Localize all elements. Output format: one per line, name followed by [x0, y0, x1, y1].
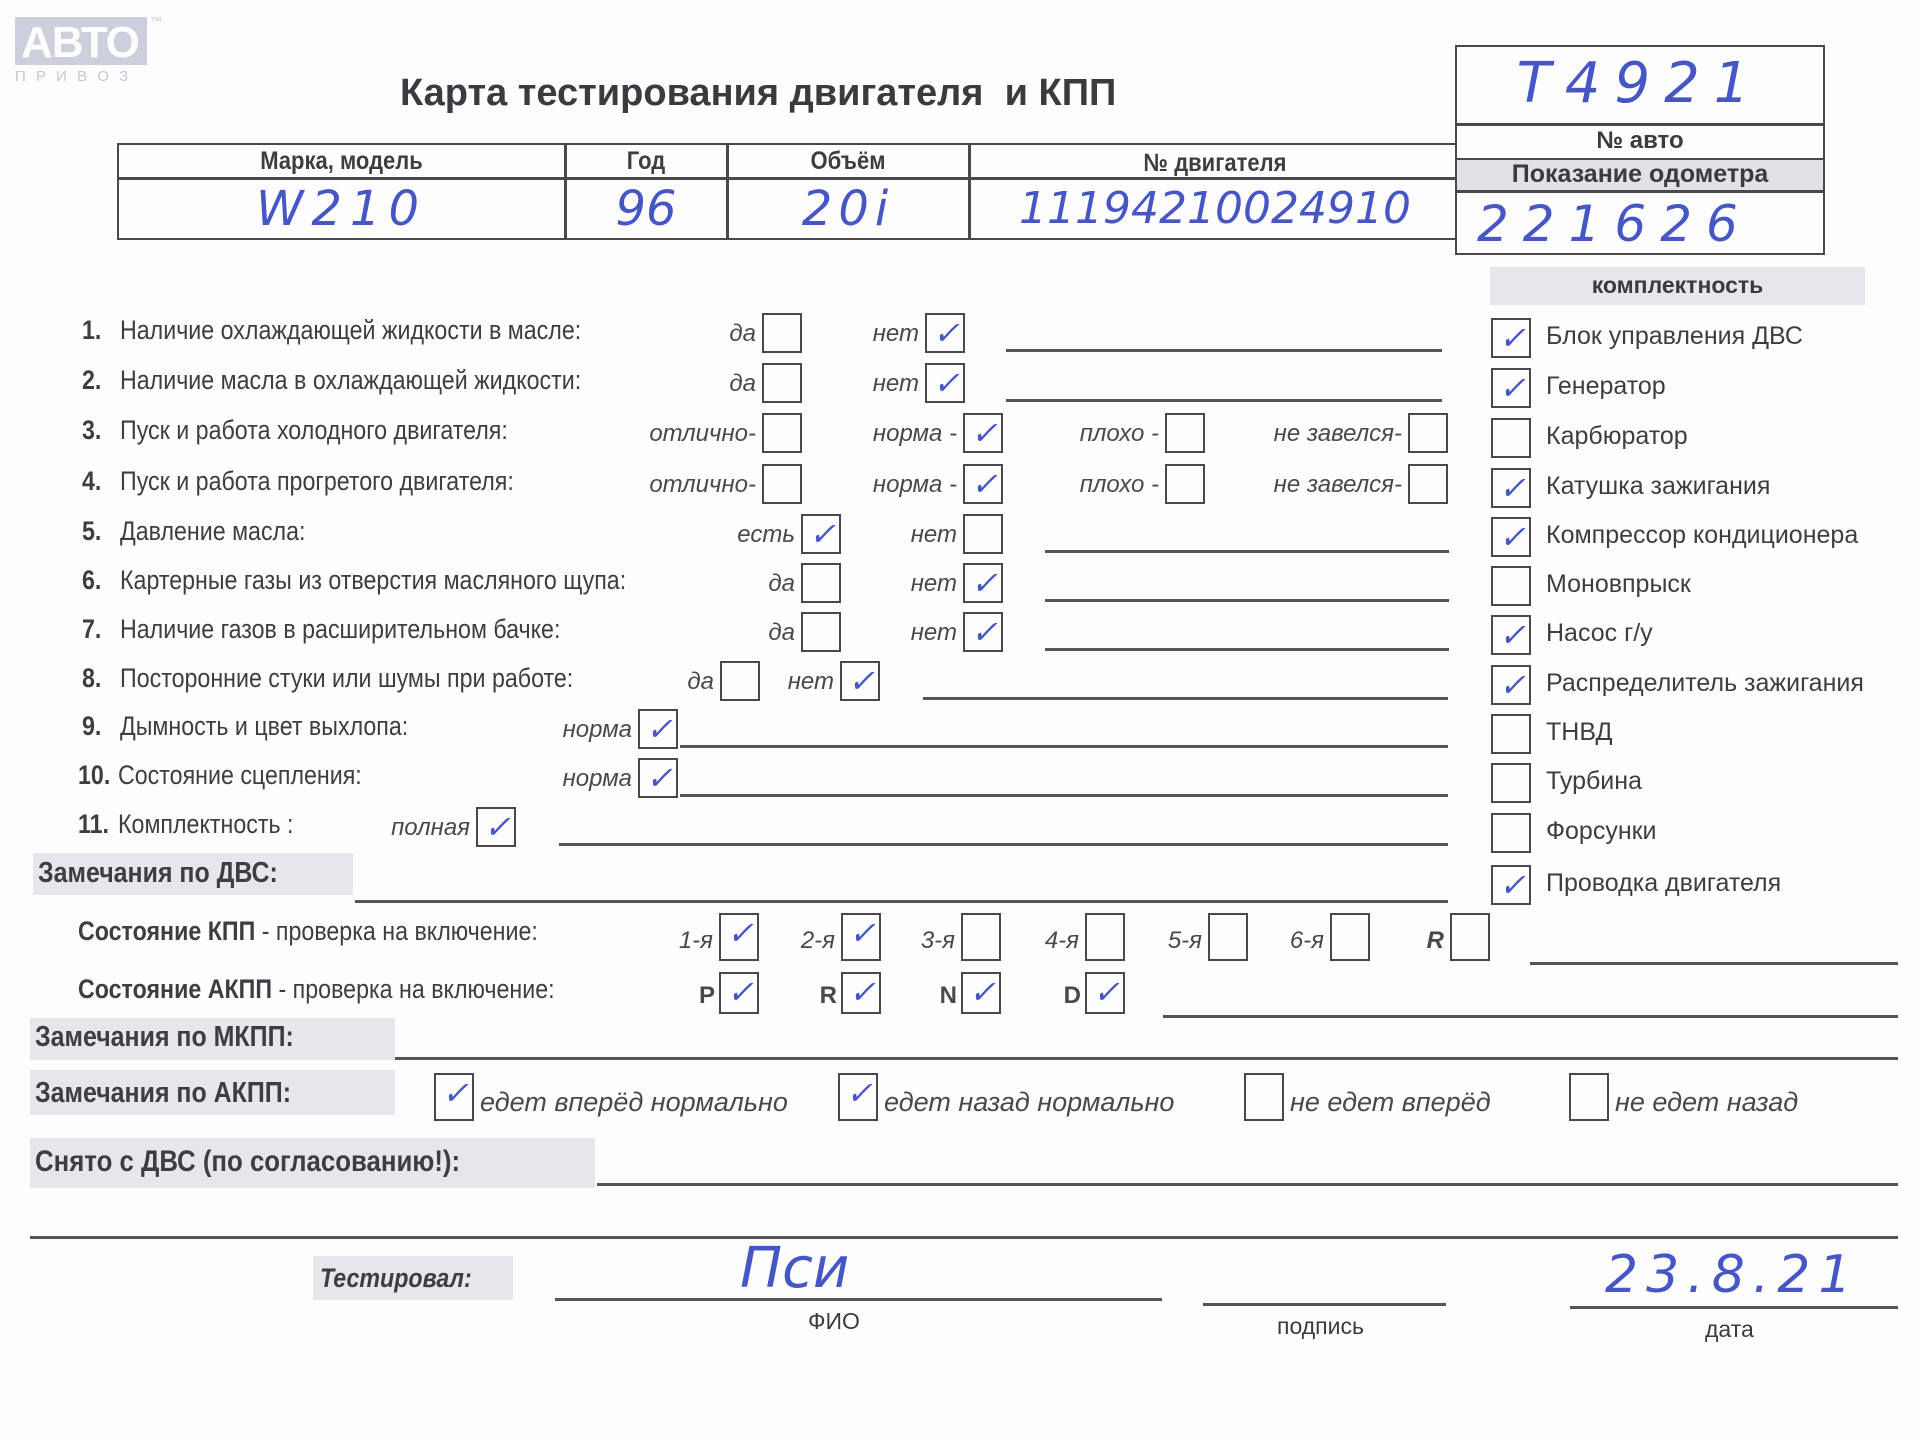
item-number: 4. — [82, 466, 101, 497]
gear-label: 5-я — [1128, 927, 1202, 955]
check-mark-icon: ✓ — [848, 661, 875, 701]
option-checkbox[interactable] — [1165, 464, 1205, 504]
option-checkbox[interactable]: ✓ — [840, 661, 880, 701]
akpp-gear-label: R — [791, 982, 837, 1010]
gear-label: 2-я — [761, 927, 835, 955]
item-text: Состояние сцепления: — [118, 760, 362, 791]
option-checkbox[interactable]: ✓ — [925, 363, 965, 403]
col-header-engine-number: № двигателя — [999, 149, 1430, 178]
option-checkbox[interactable] — [1408, 413, 1448, 453]
year-value[interactable]: 96 — [566, 181, 726, 237]
check-mark-icon: ✓ — [1093, 972, 1120, 1012]
check-mark-icon: ✓ — [1499, 615, 1526, 655]
item-number: 2. — [82, 365, 101, 396]
item-text: Посторонние стуки или шумы при работе: — [120, 663, 573, 694]
akpp-remark-label: едет вперёд нормально — [480, 1087, 788, 1118]
akpp-remark-checkbox[interactable] — [1244, 1073, 1284, 1121]
option-checkbox[interactable] — [963, 514, 1003, 554]
option-checkbox[interactable]: ✓ — [638, 758, 678, 798]
vehicle-table: Марка, модель Год Объём № двигателя W210… — [117, 143, 1457, 240]
option-checkbox[interactable]: ✓ — [963, 612, 1003, 652]
item-remarks-line[interactable] — [559, 843, 1448, 846]
item-number: 3. — [82, 415, 101, 446]
gear-label: 1-я — [639, 927, 713, 955]
car-number-value[interactable]: Т4921 — [1457, 51, 1823, 116]
check-mark-icon: ✓ — [933, 313, 960, 353]
kit-checkbox[interactable] — [1491, 418, 1531, 458]
check-mark-icon: ✓ — [846, 1073, 873, 1113]
item-text: Комплектность : — [118, 809, 293, 840]
check-mark-icon: ✓ — [1499, 368, 1526, 408]
check-mark-icon: ✓ — [442, 1073, 469, 1113]
gear-label: 4-я — [1005, 927, 1079, 955]
option-label: отлично- — [562, 471, 756, 499]
item-remarks-line[interactable] — [1045, 648, 1449, 651]
item-text: Наличие газов в расширительном бачке: — [120, 614, 560, 645]
kit-item-label: Распределитель зажигания — [1546, 669, 1864, 698]
gear-checkbox[interactable] — [961, 913, 1001, 961]
check-mark-icon: ✓ — [727, 913, 754, 953]
akpp-gear-checkbox[interactable]: ✓ — [961, 972, 1001, 1014]
item-remarks-line[interactable] — [1045, 599, 1449, 602]
kit-item-label: Карбюратор — [1546, 422, 1688, 451]
gear-checkbox[interactable] — [1330, 913, 1370, 961]
name-caption: ФИО — [808, 1308, 860, 1335]
check-mark-icon: ✓ — [971, 612, 998, 652]
item-text: Наличие охлаждающей жидкости в масле: — [120, 315, 581, 346]
kit-item-label: Моновпрыск — [1546, 570, 1691, 599]
option-label: нет — [763, 619, 957, 647]
odometer-value[interactable]: 221626 — [1477, 195, 1752, 253]
item-remarks-line[interactable] — [1006, 349, 1442, 352]
item-number: 11. — [78, 809, 109, 840]
item-remarks-line[interactable] — [680, 794, 1448, 797]
kit-checkbox[interactable]: ✓ — [1491, 665, 1531, 705]
kit-checkbox[interactable]: ✓ — [1491, 517, 1531, 557]
kit-checkbox[interactable] — [1491, 714, 1531, 754]
akpp-gear-label: P — [669, 982, 715, 1010]
remarks-ice-label: Замечания по ДВС: — [38, 857, 278, 890]
logo: АВТО — [15, 17, 147, 65]
option-checkbox[interactable]: ✓ — [638, 709, 678, 749]
check-mark-icon: ✓ — [933, 363, 960, 403]
logo-subtitle: П Р И В О З — [15, 68, 131, 85]
signature-line[interactable] — [1203, 1303, 1446, 1306]
option-checkbox[interactable]: ✓ — [925, 313, 965, 353]
logo-tm: ™ — [150, 14, 162, 28]
col-header-volume: Объём — [742, 147, 953, 176]
remarks-mkpp-line[interactable] — [395, 1057, 1898, 1060]
check-mark-icon: ✓ — [484, 807, 511, 847]
gear-checkbox[interactable]: ✓ — [719, 913, 759, 961]
gear-label: R — [1370, 927, 1444, 955]
kit-checkbox[interactable]: ✓ — [1491, 368, 1531, 408]
gear-checkbox[interactable]: ✓ — [841, 913, 881, 961]
option-checkbox[interactable]: ✓ — [963, 563, 1003, 603]
option-label: норма - — [763, 420, 957, 448]
item-remarks-line[interactable] — [923, 697, 1448, 700]
option-label: норма — [438, 716, 632, 744]
date-value[interactable]: 23.8.21 — [1605, 1245, 1859, 1305]
akpp-remark-checkbox[interactable]: ✓ — [434, 1073, 474, 1121]
option-label: полная — [276, 814, 470, 842]
item-number: 8. — [82, 663, 101, 694]
item-number: 9. — [82, 711, 101, 742]
car-number-box: Т4921 № авто Показание одометра 221626 — [1455, 45, 1825, 255]
volume-value[interactable]: 20i — [728, 181, 968, 237]
item-number: 1. — [82, 315, 101, 346]
option-label: плохо - — [965, 471, 1159, 499]
option-checkbox[interactable] — [1165, 413, 1205, 453]
kit-checkbox[interactable]: ✓ — [1491, 615, 1531, 655]
item-remarks-line[interactable] — [1045, 550, 1449, 553]
option-label: норма - — [763, 471, 957, 499]
kit-item-label: ТНВД — [1546, 718, 1612, 747]
kit-item-label: Насос г/у — [1546, 619, 1653, 648]
check-mark-icon: ✓ — [1499, 318, 1526, 358]
option-label: не завелся- — [1208, 471, 1402, 499]
item-text: Давление масла: — [120, 516, 305, 547]
akpp-gear-label: D — [1035, 982, 1081, 1010]
akpp-remark-label: едет назад нормально — [884, 1087, 1174, 1118]
item-number: 5. — [82, 516, 101, 547]
option-label: нет — [763, 570, 957, 598]
item-remarks-line[interactable] — [680, 745, 1448, 748]
item-remarks-line[interactable] — [1006, 399, 1442, 402]
akpp-remark-label: не едет вперёд — [1290, 1087, 1491, 1118]
kit-item-label: Турбина — [1546, 767, 1642, 796]
check-mark-icon: ✓ — [1499, 517, 1526, 557]
col-header-model: Марка, модель — [146, 147, 538, 176]
kit-checkbox[interactable] — [1491, 566, 1531, 606]
option-checkbox[interactable]: ✓ — [476, 807, 516, 847]
kit-item-label: Блок управления ДВС — [1546, 322, 1803, 351]
date-line[interactable] — [1570, 1306, 1898, 1309]
kit-checkbox[interactable] — [1491, 813, 1531, 853]
item-number: 6. — [82, 565, 101, 596]
model-value[interactable]: W210 — [119, 181, 564, 237]
check-mark-icon: ✓ — [849, 913, 876, 953]
check-mark-icon: ✓ — [1499, 865, 1526, 905]
gear-checkbox[interactable] — [1085, 913, 1125, 961]
check-mark-icon: ✓ — [971, 563, 998, 603]
kit-checkbox[interactable] — [1491, 763, 1531, 803]
signature-caption: подпись — [1277, 1313, 1364, 1340]
option-label: нет — [640, 668, 834, 696]
check-mark-icon: ✓ — [1499, 665, 1526, 705]
option-checkbox[interactable] — [1408, 464, 1448, 504]
item-number: 10. — [78, 760, 110, 791]
date-caption: дата — [1705, 1316, 1754, 1343]
akpp-gear-checkbox[interactable]: ✓ — [719, 972, 759, 1014]
kit-checkbox[interactable]: ✓ — [1491, 318, 1531, 358]
remarks-ice-line[interactable] — [355, 900, 1448, 903]
item-text: Пуск и работа холодного двигателя: — [120, 415, 508, 446]
akpp-remark-checkbox[interactable] — [1569, 1073, 1609, 1121]
akpp-remark-label: не едет назад — [1615, 1087, 1798, 1118]
option-label: нет — [725, 320, 919, 348]
logo-brand: АВТО — [21, 18, 139, 68]
gear-label: 6-я — [1250, 927, 1324, 955]
akpp-gear-checkbox[interactable]: ✓ — [1085, 972, 1125, 1014]
check-mark-icon: ✓ — [1499, 468, 1526, 508]
item-text: Картерные газы из отверстия масляного щу… — [120, 565, 626, 596]
check-mark-icon: ✓ — [727, 972, 754, 1012]
check-mark-icon: ✓ — [646, 709, 673, 749]
name-line[interactable] — [555, 1298, 1162, 1301]
akpp-gear-label: N — [911, 982, 957, 1010]
akpp-gear-checkbox[interactable]: ✓ — [841, 972, 881, 1014]
option-label: не завелся- — [1208, 420, 1402, 448]
tester-name-value[interactable]: Пси — [740, 1236, 849, 1301]
tested-label: Тестировал: — [320, 1263, 472, 1294]
kit-item-label: Форсунки — [1546, 817, 1657, 846]
item-text: Пуск и работа прогретого двигателя: — [120, 466, 514, 497]
remarks-mkpp-label: Замечания по МКПП: — [35, 1021, 294, 1054]
kit-item-label: Катушка зажигания — [1546, 472, 1770, 501]
akpp-label: Состояние АКПП - проверка на включение: — [78, 974, 555, 1005]
kit-item-label: Генератор — [1546, 372, 1666, 401]
col-header-year: Год — [576, 147, 717, 176]
engine-number-value[interactable]: 11194210024910 — [970, 183, 1460, 234]
kit-item-label: Проводка двигателя — [1546, 869, 1781, 898]
kit-item-label: Компрессор кондиционера — [1546, 521, 1858, 550]
option-label: норма — [438, 765, 632, 793]
akpp-remarks-line[interactable] — [1163, 1015, 1898, 1018]
odometer-label: Показание одометра — [1457, 160, 1823, 189]
kpp-remarks-line[interactable] — [1530, 962, 1898, 965]
remarks-akpp-label: Замечания по АКПП: — [35, 1077, 291, 1110]
check-mark-icon: ✓ — [849, 972, 876, 1012]
option-label: отлично- — [562, 420, 756, 448]
option-label: нет — [725, 370, 919, 398]
check-mark-icon: ✓ — [969, 972, 996, 1012]
gear-checkbox[interactable] — [1208, 913, 1248, 961]
check-mark-icon: ✓ — [646, 758, 673, 798]
kit-checkbox[interactable]: ✓ — [1491, 865, 1531, 905]
gear-checkbox[interactable] — [1450, 913, 1490, 961]
option-label: плохо - — [965, 420, 1159, 448]
car-number-label: № авто — [1457, 127, 1823, 155]
kit-checkbox[interactable]: ✓ — [1491, 468, 1531, 508]
option-label: нет — [763, 521, 957, 549]
item-text: Наличие масла в охлаждающей жидкости: — [120, 365, 581, 396]
page-title: Карта тестирования двигателя и КПП — [400, 72, 1116, 115]
completeness-title: комплектность — [1490, 272, 1865, 299]
item-number: 7. — [82, 614, 101, 645]
gear-label: 3-я — [881, 927, 955, 955]
removed-label: Снято с ДВС (по согласованию!): — [35, 1145, 460, 1179]
removed-line-2[interactable] — [30, 1236, 1898, 1239]
kpp-label: Состояние КПП - проверка на включение: — [78, 916, 538, 947]
removed-line-1[interactable] — [597, 1183, 1898, 1186]
akpp-remark-checkbox[interactable]: ✓ — [838, 1073, 878, 1121]
item-text: Дымность и цвет выхлопа: — [120, 711, 408, 742]
